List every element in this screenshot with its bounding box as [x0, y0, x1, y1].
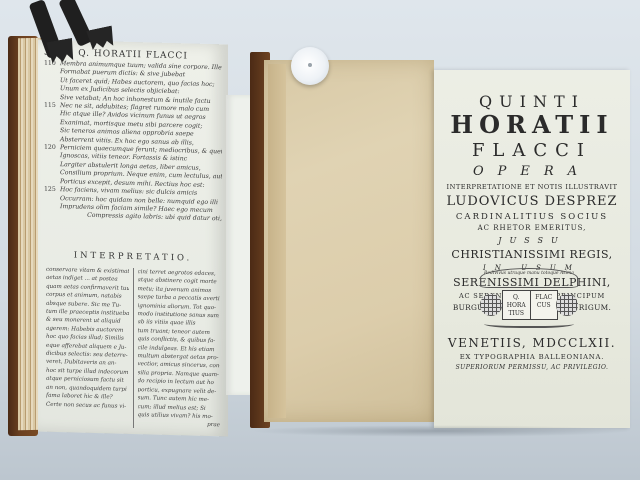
imprint-place: VENETIIS, MDCCLXII.	[434, 336, 630, 350]
title-line: OPERA	[434, 164, 630, 179]
globe-icon	[556, 294, 578, 316]
photo-scene: 366 Q. HORATII FLACCI 110Membra animumqu…	[0, 0, 640, 480]
left-book-page: 366 Q. HORATII FLACCI 110Membra animumqu…	[38, 40, 228, 437]
title-line: JUSSU	[434, 236, 630, 245]
white-button-weight-icon	[291, 47, 329, 85]
title-line: CARDINALITIUS SOCIUS	[434, 212, 630, 222]
right-book-pastedown	[264, 60, 434, 422]
title-line: FLACCI	[434, 140, 630, 161]
printer-emblem-icon: Redivivus utraque manu totoque Asima Q. …	[474, 268, 584, 330]
running-head-title: Q. HORATII FLACCI	[78, 49, 188, 62]
emblem-banner: Redivivus utraque manu totoque Asima	[480, 268, 578, 288]
title-line: AC RHETOR EMERITUS,	[434, 224, 630, 232]
title-line: INTERPRETATIONE ET NOTIS ILLUSTRAVIT	[434, 183, 630, 191]
globe-icon	[480, 294, 502, 316]
book-shadow	[250, 425, 630, 437]
interpretatio-left-column: conservare vitam & existimationem tuam, …	[46, 266, 129, 428]
imprint-printer: EX TYPOGRAPHIA BALLEONIANA.	[434, 353, 630, 361]
interpretatio-right-column: cini terret aegrotos edaces, atque absti…	[138, 268, 221, 430]
left-book: 366 Q. HORATII FLACCI 110Membra animumqu…	[4, 30, 234, 440]
imprint-privilege: SUPERIORUM PERMISSU, AC PRIVILEGIO.	[434, 364, 630, 371]
emblem-base	[484, 318, 574, 328]
interpretatio-heading: INTERPRETATIO.	[38, 250, 228, 265]
adjacent-page-strip	[226, 95, 252, 395]
column-rule	[133, 268, 134, 428]
open-book-icon: Q. HORA TIUS FLAC CUS	[502, 290, 558, 320]
title-line: HORATII	[434, 110, 630, 139]
interpretatio-columns: conservare vitam & existimationem tuam, …	[46, 266, 220, 430]
verse-block: 110Membra animumque tuum; valida sine co…	[44, 60, 222, 224]
title-line: LUDOVICUS DESPREZ	[434, 194, 630, 209]
pastedown-hinge	[268, 64, 286, 418]
title-line: CHRISTIANISSIMI REGIS,	[434, 248, 630, 261]
title-page: QUINTI HORATII FLACCI OPERA INTERPRETATI…	[434, 70, 630, 428]
title-line: QUINTI	[434, 92, 630, 111]
